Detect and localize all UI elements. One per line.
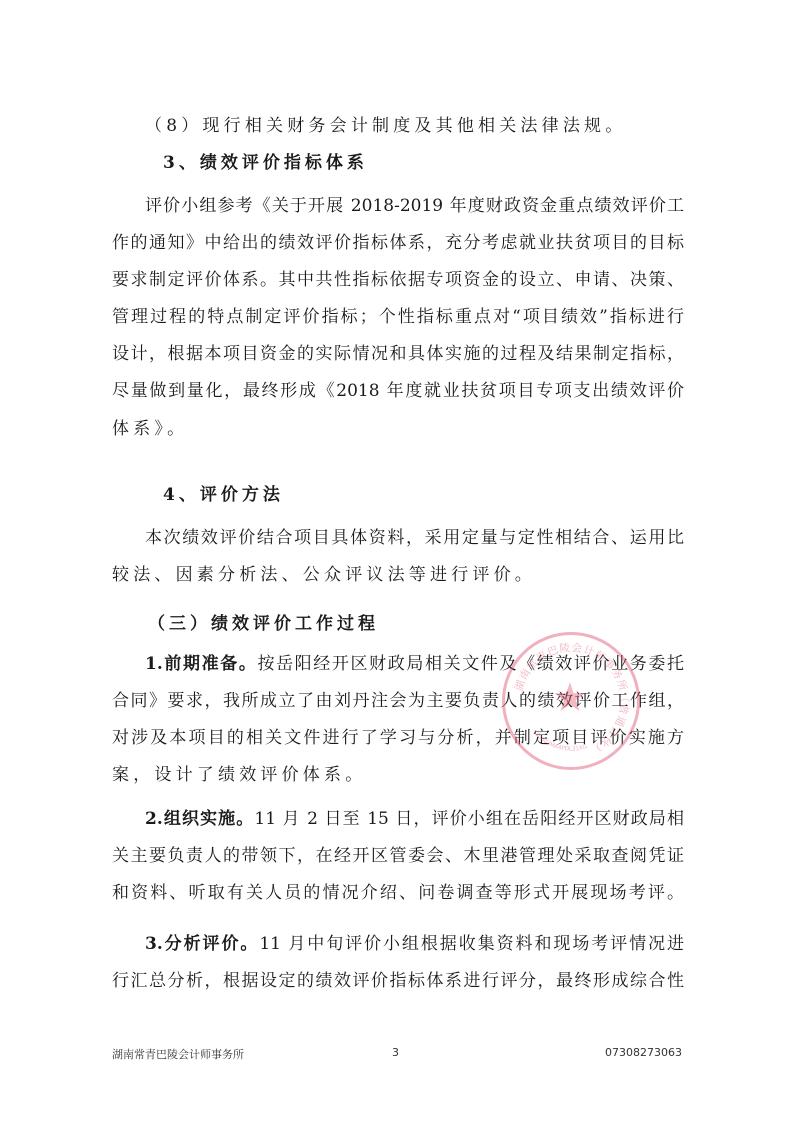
paragraph-text: 11 月中旬评价小组根据收集资料和现场考评情况进	[259, 934, 684, 954]
section-heading: 4、评价方法	[163, 484, 284, 506]
section-heading: 3、绩效评价指标体系	[163, 152, 368, 174]
paragraph-first-line: 3.分析评价。11 月中旬评价小组根据收集资料和现场考评情况进	[145, 933, 684, 955]
paragraph-first-line: 1.前期准备。按岳阳经开区财政局相关文件及《绩效评价业务委托	[145, 653, 684, 675]
section-heading: （三）绩效评价工作过程	[148, 613, 379, 635]
text-line: 本次绩效评价结合项目具体资料，采用定量与定性相结合、运用比	[145, 527, 684, 549]
text-line: 较法、因素分析法、公众评议法等进行评价。	[112, 564, 684, 586]
text-line: 体系》。	[112, 418, 684, 440]
text-line: 设计，根据本项目资金的实际情况和具体实施的过程及结果制定指标，	[112, 343, 684, 365]
text-line: 作的通知》中给出的绩效评价指标体系，充分考虑就业扶贫项目的目标	[112, 232, 684, 254]
paragraph-lead-label: 3.分析评价。	[145, 934, 259, 954]
text-line: 尽量做到量化，最终形成《2018 年度就业扶贫项目专项支出绩效评价	[112, 380, 684, 402]
text-line: 评价小组参考《关于开展 2018-2019 年度财政资金重点绩效评价工	[145, 195, 684, 217]
paragraph-lead-label: 1.前期准备。	[145, 654, 257, 674]
text-line: 行汇总分析，根据设定的绩效评价指标体系进行评分，最终形成综合性	[112, 970, 684, 992]
paragraph-lead-label: 2.组织实施。	[145, 809, 254, 829]
document-page: （8）现行相关财务会计制度及其他相关法律法规。3、绩效评价指标体系评价小组参考《…	[0, 0, 793, 1121]
footer-phone: 07308273063	[605, 1046, 682, 1059]
text-line: 对涉及本项目的相关文件进行了学习与分析，并制定项目评价实施方	[112, 727, 684, 749]
text-line: 和资料、听取有关人员的情况介绍、问卷调查等形式开展现场考评。	[112, 882, 684, 904]
text-line: 关主要负责人的带领下，在经开区管委会、木里港管理处采取查阅凭证	[112, 845, 684, 867]
footer-page-number: 3	[392, 1046, 399, 1059]
text-line: 管理过程的特点制定评价指标；个性指标重点对“项目绩效”指标进行	[112, 306, 684, 328]
text-line: 案，设计了绩效评价体系。	[112, 764, 684, 786]
footer-firm-name: 湖南常青巴陵会计师事务所	[112, 1046, 244, 1062]
paragraph-text: 按岳阳经开区财政局相关文件及《绩效评价业务委托	[257, 654, 684, 674]
paragraph-first-line: 2.组织实施。11 月 2 日至 15 日，评价小组在岳阳经开区财政局相	[145, 808, 684, 830]
paragraph-text: 11 月 2 日至 15 日，评价小组在岳阳经开区财政局相	[254, 809, 684, 829]
text-line: 要求制定评价体系。其中共性指标依据专项资金的设立、申请、决策、	[112, 269, 684, 291]
text-line: （8）现行相关财务会计制度及其他相关法律法规。	[145, 115, 684, 137]
text-line: 合同》要求，我所成立了由刘丹注会为主要负责人的绩效评价工作组，	[112, 690, 684, 712]
